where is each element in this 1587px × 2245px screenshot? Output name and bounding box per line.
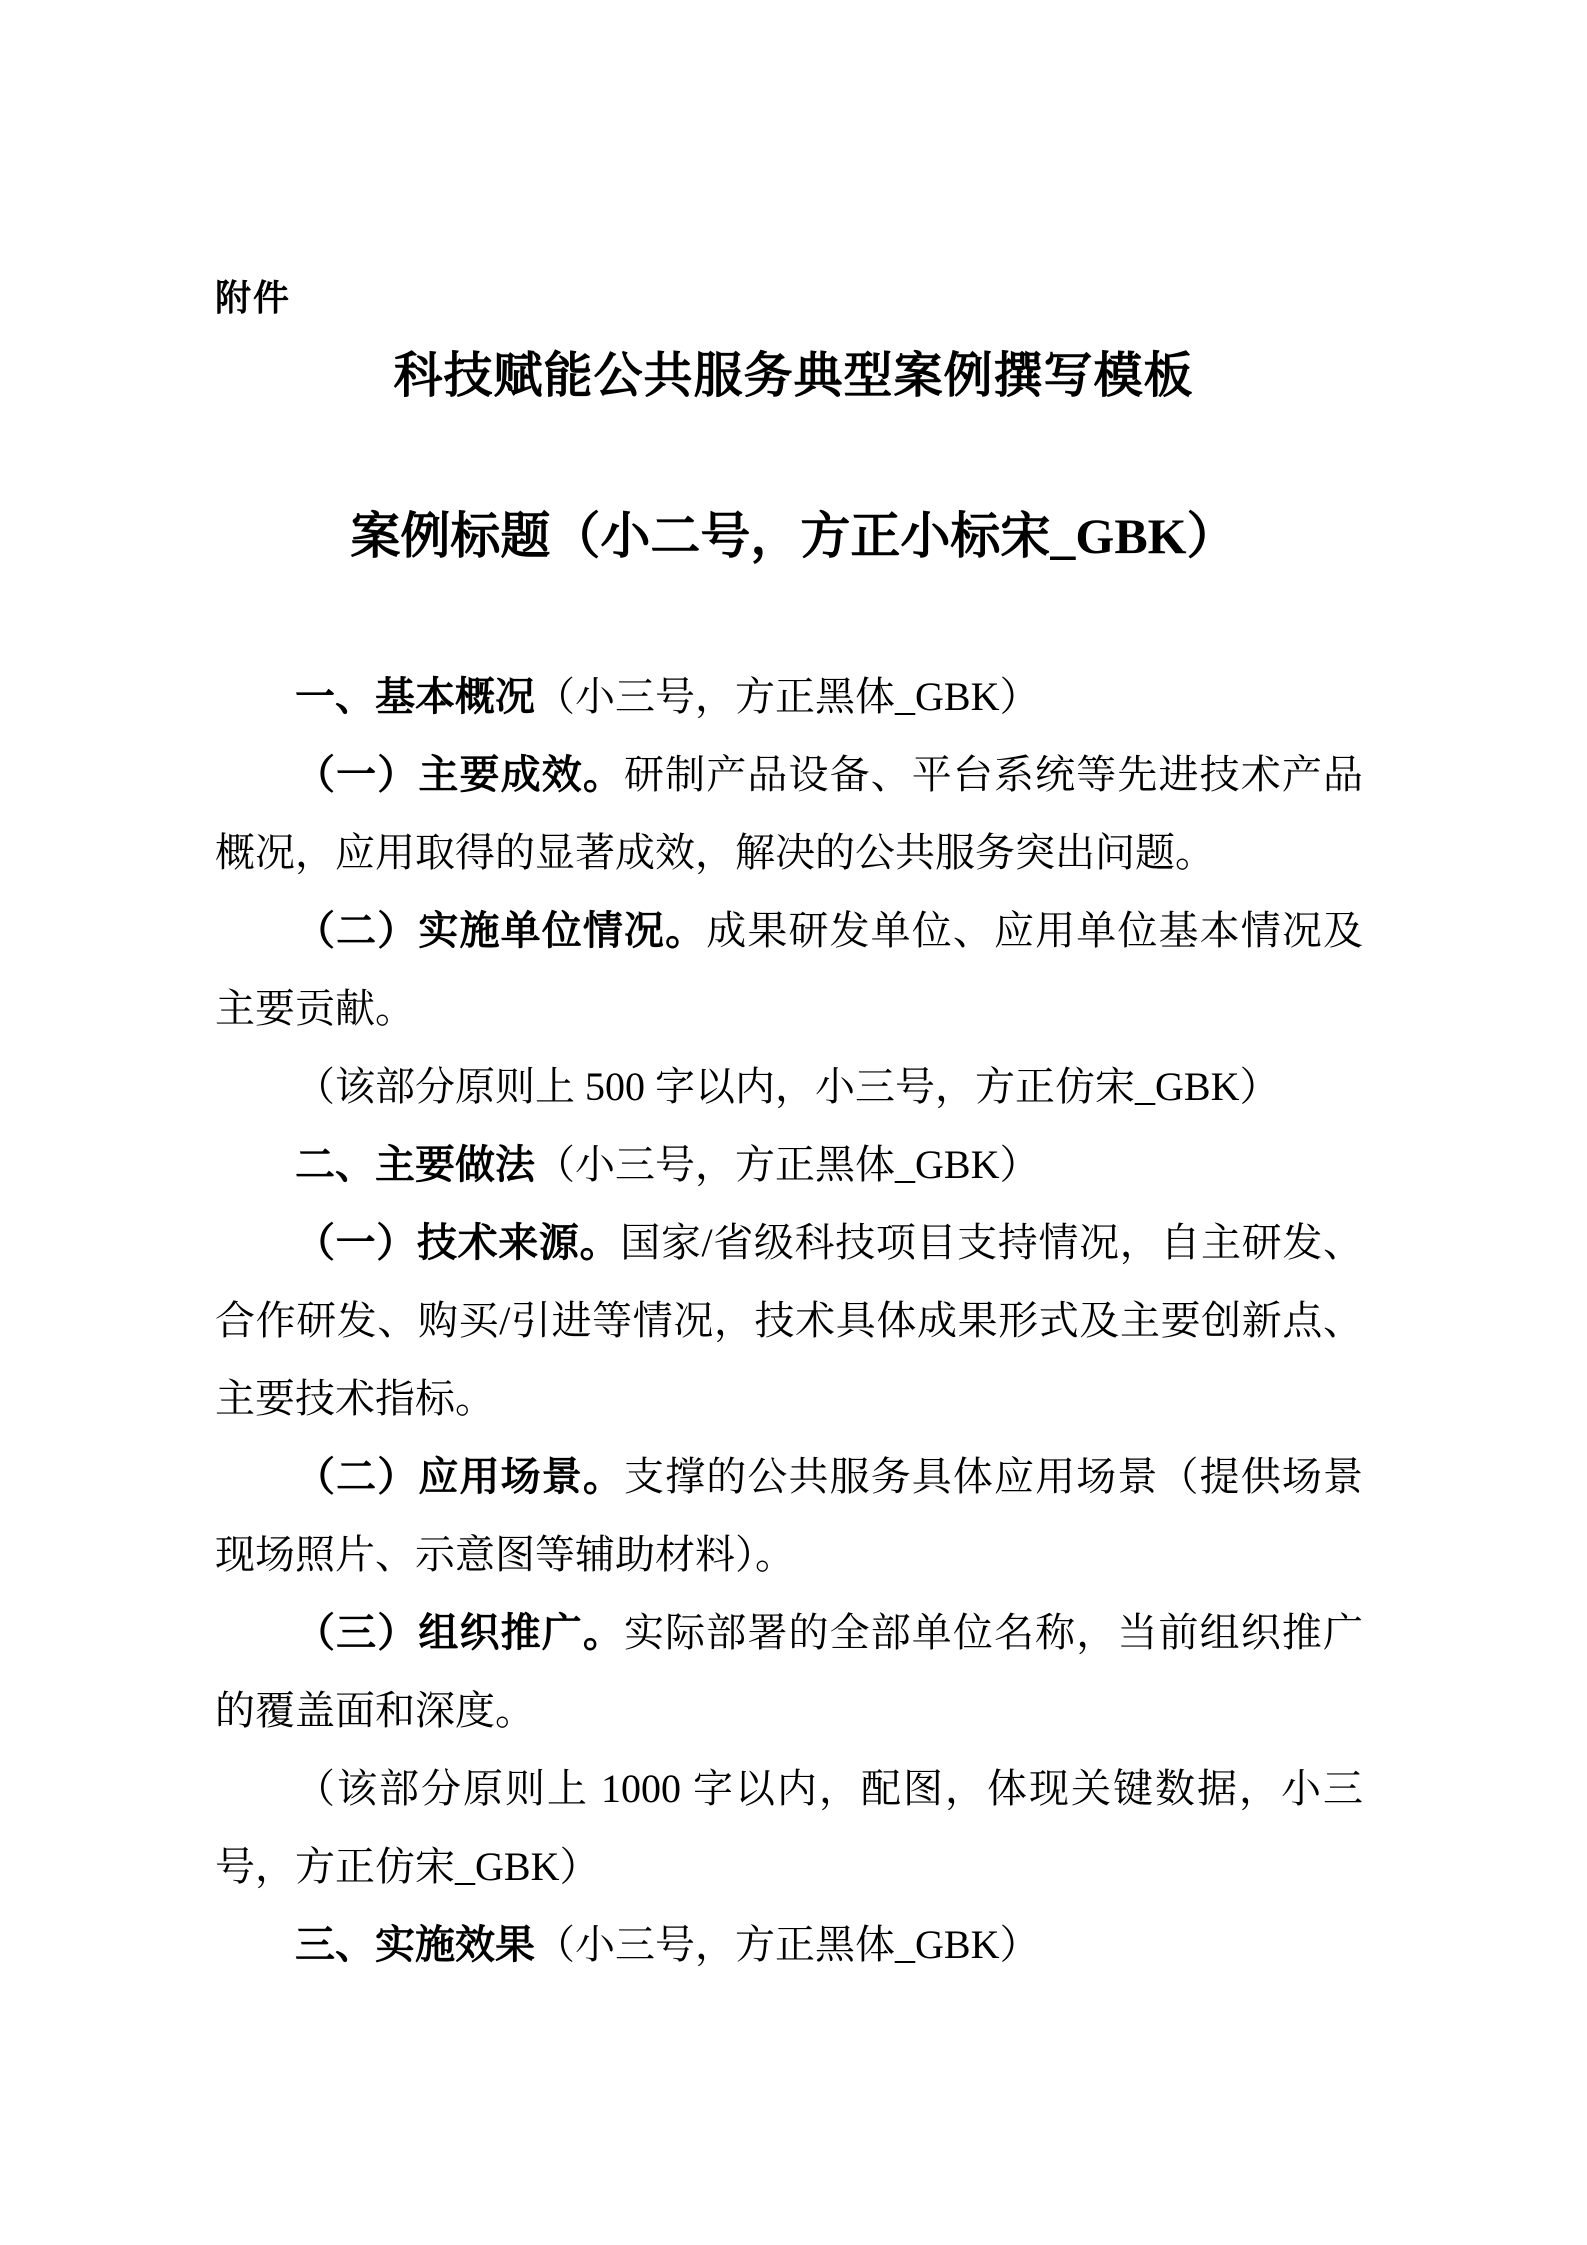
- note-text: （该部分原则上 500 字以内，小三号，方正仿宋_GBK）: [295, 1064, 1279, 1109]
- paragraph-lead: （二）应用场景。: [295, 1454, 624, 1499]
- paragraph-lead: （三）组织推广。: [295, 1610, 624, 1655]
- paragraph-organization-promotion: （三）组织推广。实际部署的全部单位名称，当前组织推广的覆盖面和深度。: [215, 1594, 1363, 1750]
- paragraph-implementing-units: （二）实施单位情况。成果研发单位、应用单位基本情况及主要贡献。: [215, 892, 1363, 1048]
- section-3-font-note: （小三号，方正黑体_GBK）: [535, 1922, 1039, 1967]
- paragraph-application-scenarios: （二）应用场景。支撑的公共服务具体应用场景（提供场景现场照片、示意图等辅助材料）…: [215, 1438, 1363, 1594]
- paragraph-lead: （一）技术来源。: [295, 1220, 620, 1265]
- section-2-label: 二、主要做法: [295, 1143, 535, 1187]
- paragraph-technology-source: （一）技术来源。国家/省级科技项目支持情况，自主研发、合作研发、购买/引进等情况…: [215, 1204, 1363, 1438]
- section-heading-3: 三、实施效果（小三号，方正黑体_GBK）: [215, 1906, 1363, 1984]
- section-2-font-note: （小三号，方正黑体_GBK）: [535, 1142, 1039, 1187]
- document-body: 一、基本概况（小三号，方正黑体_GBK） （一）主要成效。研制产品设备、平台系统…: [215, 658, 1363, 1984]
- section-1-font-note: （小三号，方正黑体_GBK）: [535, 674, 1039, 719]
- attachment-label: 附件: [215, 280, 291, 316]
- paragraph-main-results: （一）主要成效。研制产品设备、平台系统等先进技术产品概况，应用取得的显著成效，解…: [215, 736, 1363, 892]
- case-title-heading: 案例标题（小二号，方正小标宋_GBK）: [0, 511, 1587, 561]
- section-1-label: 一、基本概况: [295, 675, 535, 719]
- note-text: （该部分原则上 1000 字以内，配图，体现关键数据，小三号，方正仿宋_GBK）: [215, 1766, 1363, 1889]
- paragraph-lead: （一）主要成效。: [295, 752, 624, 797]
- note-paragraph-1000-words: （该部分原则上 1000 字以内，配图，体现关键数据，小三号，方正仿宋_GBK）: [215, 1750, 1363, 1906]
- document-title: 科技赋能公共服务典型案例撰写模板: [0, 351, 1587, 400]
- section-heading-2: 二、主要做法（小三号，方正黑体_GBK）: [215, 1126, 1363, 1204]
- section-3-label: 三、实施效果: [295, 1923, 535, 1967]
- document-page: 附件 科技赋能公共服务典型案例撰写模板 案例标题（小二号，方正小标宋_GBK） …: [0, 0, 1587, 2245]
- paragraph-lead: （二）实施单位情况。: [295, 908, 706, 953]
- note-paragraph-500-words: （该部分原则上 500 字以内，小三号，方正仿宋_GBK）: [215, 1048, 1363, 1126]
- section-heading-1: 一、基本概况（小三号，方正黑体_GBK）: [215, 658, 1363, 736]
